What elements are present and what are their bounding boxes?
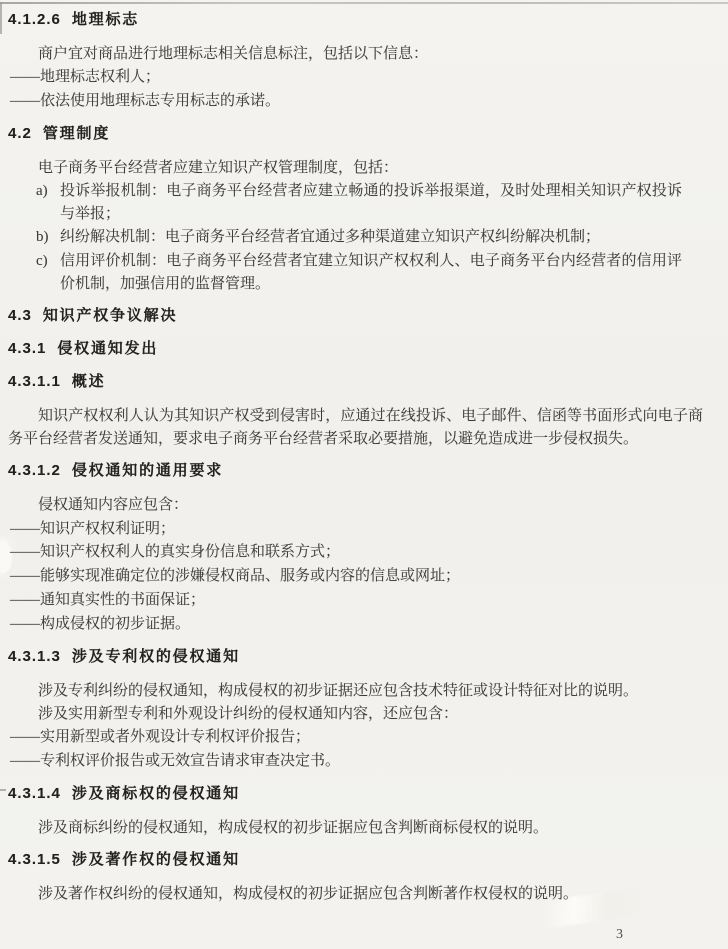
- paragraph: 涉及著作权纠纷的侵权通知，构成侵权的初步证据应包含判断著作权侵权的说明。: [8, 883, 703, 906]
- section-number: 4.3.1.1: [8, 373, 61, 390]
- section-heading: 4.3.1.1概述: [8, 372, 703, 392]
- section-notice-general-requirements: 4.3.1.2侵权通知的通用要求 侵权通知内容应包含： ——知识产权权利证明； …: [8, 461, 703, 636]
- paragraph: 电子商务平台经营者应建立知识产权管理制度，包括：: [8, 157, 703, 180]
- paragraph: 侵权通知内容应包含：: [8, 494, 703, 517]
- dash-list-item: ——依法使用地理标志专用标志的承诺。: [10, 90, 703, 114]
- section-heading: 4.3.1.4涉及商标权的侵权通知: [8, 784, 703, 804]
- section-number: 4.3.1.3: [8, 648, 61, 665]
- page-number: 3: [616, 927, 623, 943]
- section-title: 知识产权争议解决: [43, 307, 177, 324]
- paragraph: 商户宜对商品进行地理标志相关信息标注，包括以下信息：: [8, 43, 703, 66]
- section-ip-dispute-resolution: 4.3知识产权争议解决: [8, 306, 703, 326]
- paragraph: 涉及实用新型专利和外观设计纠纷的侵权通知内容，还应包含：: [8, 703, 703, 726]
- dash-list-item: ——构成侵权的初步证据。: [10, 613, 703, 637]
- section-heading: 4.1.2.6地理标志: [8, 10, 703, 30]
- section-title: 地理标志: [72, 11, 139, 28]
- paragraph: 涉及商标纠纷的侵权通知，构成侵权的初步证据应包含判断商标侵权的说明。: [8, 817, 703, 840]
- section-title: 侵权通知发出: [57, 340, 158, 357]
- dash-list-item: ——地理标志权利人；: [10, 66, 703, 90]
- list-item-text: 信用评价机制：电子商务平台经营者宜建立知识产权权利人、电子商务平台内经营者的信用…: [60, 250, 682, 296]
- section-number: 4.1.2.6: [8, 11, 61, 28]
- list-item-label: b): [36, 226, 60, 249]
- dash-list-item: ——专利权评价报告或无效宣告请求审查决定书。: [10, 750, 703, 774]
- section-heading: 4.3.1.5涉及著作权的侵权通知: [8, 850, 703, 870]
- section-number: 4.3: [8, 307, 32, 324]
- section-title: 涉及商标权的侵权通知: [72, 785, 240, 802]
- section-number: 4.2: [8, 125, 32, 142]
- dash-list-item: ——通知真实性的书面保证；: [10, 589, 703, 613]
- section-patent-infringement-notice: 4.3.1.3涉及专利权的侵权通知 涉及专利纠纷的侵权通知，构成侵权的初步证据还…: [8, 647, 703, 774]
- dash-list-item: ——知识产权权利人的真实身份信息和联系方式；: [10, 541, 703, 565]
- section-management-system: 4.2管理制度 电子商务平台经营者应建立知识产权管理制度，包括： a) 投诉举报…: [8, 124, 703, 296]
- section-overview: 4.3.1.1概述 知识产权权利人认为其知识产权受到侵害时，应通过在线投诉、电子…: [8, 372, 703, 451]
- lettered-list-item: b) 纠纷解决机制：电子商务平台经营者宜通过多种渠道建立知识产权纠纷解决机制；: [8, 226, 703, 249]
- section-heading: 4.2管理制度: [8, 124, 703, 144]
- section-heading: 4.3.1侵权通知发出: [8, 339, 703, 359]
- section-title: 涉及著作权的侵权通知: [72, 851, 240, 868]
- section-copyright-infringement-notice: 4.3.1.5涉及著作权的侵权通知 涉及著作权纠纷的侵权通知，构成侵权的初步证据…: [8, 850, 703, 906]
- section-number: 4.3.1.4: [8, 785, 61, 802]
- document-content: 4.1.2.6地理标志 商户宜对商品进行地理标志相关信息标注，包括以下信息： —…: [0, 0, 728, 949]
- section-heading: 4.3.1.2侵权通知的通用要求: [8, 461, 703, 481]
- lettered-list-item: a) 投诉举报机制：电子商务平台经营者应建立畅通的投诉举报渠道，及时处理相关知识…: [8, 180, 703, 226]
- paragraph: 知识产权权利人认为其知识产权受到侵害时，应通过在线投诉、电子邮件、信函等书面形式…: [8, 405, 703, 451]
- list-item-label: c): [36, 250, 60, 296]
- section-heading: 4.3知识产权争议解决: [8, 306, 703, 326]
- dash-list: ——实用新型或者外观设计专利权评价报告； ——专利权评价报告或无效宣告请求审查决…: [8, 726, 703, 774]
- section-title: 概述: [72, 373, 106, 390]
- list-item-text: 纠纷解决机制：电子商务平台经营者宜通过多种渠道建立知识产权纠纷解决机制；: [60, 226, 682, 249]
- dash-list-item: ——知识产权权利证明；: [10, 518, 703, 542]
- lettered-list-item: c) 信用评价机制：电子商务平台经营者宜建立知识产权权利人、电子商务平台内经营者…: [8, 250, 703, 296]
- dash-list-item: ——实用新型或者外观设计专利权评价报告；: [10, 726, 703, 750]
- section-title: 涉及专利权的侵权通知: [72, 648, 240, 665]
- dash-list: ——知识产权权利证明； ——知识产权权利人的真实身份信息和联系方式； ——能够实…: [8, 518, 703, 637]
- section-number: 4.3.1.2: [8, 462, 61, 479]
- section-infringement-notice-issue: 4.3.1侵权通知发出: [8, 339, 703, 359]
- dash-list-item: ——能够实现准确定位的涉嫌侵权商品、服务或内容的信息或网址；: [10, 565, 703, 589]
- section-trademark-infringement-notice: 4.3.1.4涉及商标权的侵权通知 涉及商标纠纷的侵权通知，构成侵权的初步证据应…: [8, 784, 703, 840]
- document-page: 4.1.2.6地理标志 商户宜对商品进行地理标志相关信息标注，包括以下信息： —…: [0, 0, 728, 949]
- section-number: 4.3.1.5: [8, 851, 61, 868]
- dash-list: ——地理标志权利人； ——依法使用地理标志专用标志的承诺。: [8, 66, 703, 114]
- section-title: 管理制度: [43, 125, 110, 142]
- section-number: 4.3.1: [8, 340, 46, 357]
- section-heading: 4.3.1.3涉及专利权的侵权通知: [8, 647, 703, 667]
- section-geographical-indications: 4.1.2.6地理标志 商户宜对商品进行地理标志相关信息标注，包括以下信息： —…: [8, 10, 703, 114]
- paragraph: 涉及专利纠纷的侵权通知，构成侵权的初步证据还应包含技术特征或设计特征对比的说明。: [8, 680, 703, 703]
- list-item-label: a): [36, 180, 60, 226]
- list-item-text: 投诉举报机制：电子商务平台经营者应建立畅通的投诉举报渠道，及时处理相关知识产权投…: [60, 180, 682, 226]
- lettered-list: a) 投诉举报机制：电子商务平台经营者应建立畅通的投诉举报渠道，及时处理相关知识…: [8, 180, 703, 296]
- section-title: 侵权通知的通用要求: [72, 462, 223, 479]
